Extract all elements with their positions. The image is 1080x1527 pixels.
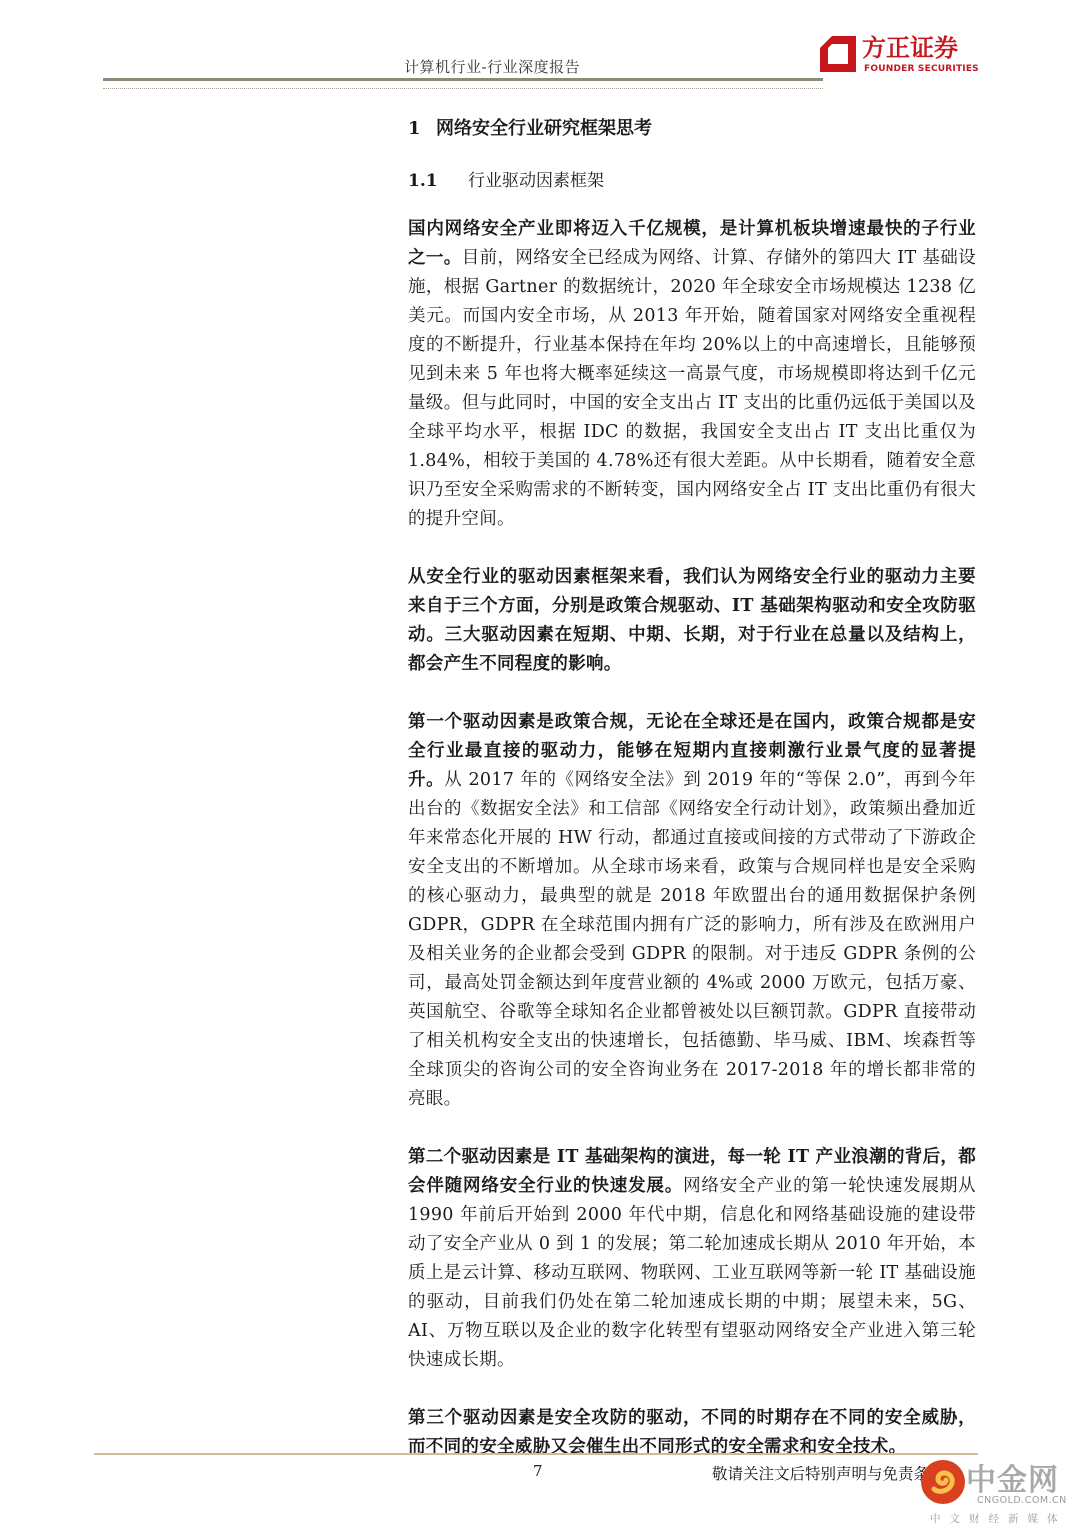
paragraph-it-infra-driver: 第二个驱动因素是 IT 基础架构的演进，每一轮 IT 产业浪潮的背后，都会伴随网…	[408, 1143, 976, 1375]
section-heading: 1网络安全行业研究框架思考	[408, 110, 976, 148]
disclaimer-note: 敬请关注文后特别声明与免责条款	[712, 1462, 945, 1484]
paragraph-lead: 第三个驱动因素是安全攻防的驱动，不同的时期存在不同的安全威胁，而不同的安全威胁又…	[408, 1408, 976, 1457]
paragraph-text: 网络安全产业的第一轮快速发展期从 1990 年前后开始到 2000 年代中期，信…	[408, 1176, 976, 1370]
paragraph-policy-driver: 第一个驱动因素是政策合规，无论在全球还是在国内，政策合规都是安全行业最直接的驱动…	[408, 708, 976, 1114]
header-dotted-divider	[103, 88, 823, 89]
subsection-title: 行业驱动因素框架	[468, 171, 604, 191]
paragraph-market-scale: 国内网络安全产业即将迈入千亿规模，是计算机板块增速最快的子行业之一。目前，网络安…	[408, 215, 976, 534]
cngold-logo-icon	[920, 1459, 966, 1505]
cngold-watermark: 中金网 CNGOLD.COM.CN 中文财经新媒体	[920, 1455, 1080, 1527]
watermark-name-cn: 中金网	[966, 1455, 1059, 1499]
subsection-heading: 1.1行业驱动因素框架	[408, 166, 976, 196]
watermark-domain: CNGOLD.COM.CN	[977, 1495, 1067, 1506]
paragraph-text: 从 2017 年的《网络安全法》到 2019 年的“等保 2.0”，再到今年出台…	[408, 770, 976, 1109]
paragraph-text: 目前，网络安全已经成为网络、计算、存储外的第四大 IT 基础设施，根据 Gart…	[408, 248, 976, 529]
logo-name-cn: 方正证券	[862, 34, 958, 62]
page-number: 7	[533, 1462, 543, 1480]
header-divider	[103, 78, 823, 81]
section-number: 1	[408, 110, 436, 148]
founder-securities-logo: 方正证券 FOUNDER SECURITIES	[818, 34, 983, 78]
report-body: 1网络安全行业研究框架思考 1.1行业驱动因素框架 国内网络安全产业即将迈入千亿…	[408, 110, 976, 1462]
footer-divider	[94, 1453, 978, 1455]
paragraph-driver-framework: 从安全行业的驱动因素框架来看，我们认为网络安全行业的驱动力主要来自于三个方面，分…	[408, 563, 976, 679]
watermark-tagline: 中文财经新媒体	[930, 1511, 1067, 1526]
founder-logo-mark-icon	[818, 34, 858, 74]
logo-name-en: FOUNDER SECURITIES	[864, 64, 979, 74]
section-title: 网络安全行业研究框架思考	[436, 118, 652, 139]
subsection-number: 1.1	[408, 166, 468, 196]
paragraph-lead: 从安全行业的驱动因素框架来看，我们认为网络安全行业的驱动力主要来自于三个方面，分…	[408, 567, 976, 674]
report-title: 计算机行业-行业深度报告	[404, 56, 580, 77]
